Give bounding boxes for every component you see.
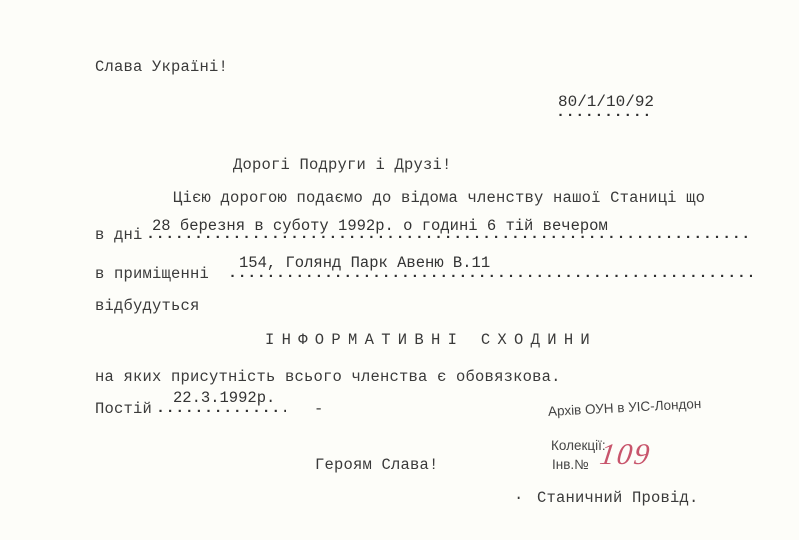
inventory-label: Інв.№ [552,457,589,472]
inventory-number: 109 [598,438,654,472]
place-label: в приміщенні [95,265,209,283]
collection-label: Колекції: [551,438,606,453]
resolution-dotted-line: .............. [156,400,286,417]
date-label: в дні [95,226,143,244]
place-dotted-line: ........................................… [228,265,752,282]
dash-mark: - [314,400,324,418]
ref-dotted-line: .......... [556,104,670,121]
salutation: Дорогі Подруги і Друзі! [233,156,452,174]
event-title: ІНФОРМАТИВНІ СХОДИНИ [265,331,597,349]
signature: Станичний Провід. [537,489,699,507]
date-dotted-line: ........................................… [146,226,752,243]
attendance-line: на яких присутність всього членства є об… [95,368,561,386]
will-take-place: відбудуться [95,297,200,315]
resolution-label: Постій [95,400,152,418]
closing: Героям Слава! [315,456,439,474]
archive-title: Архів ОУН в УІС-Лондон [548,396,702,419]
greeting: Слава Україні! [95,58,228,76]
intro-line: Цією дорогою подаємо до відома членству … [173,189,705,207]
dot-mark: · [514,489,524,507]
